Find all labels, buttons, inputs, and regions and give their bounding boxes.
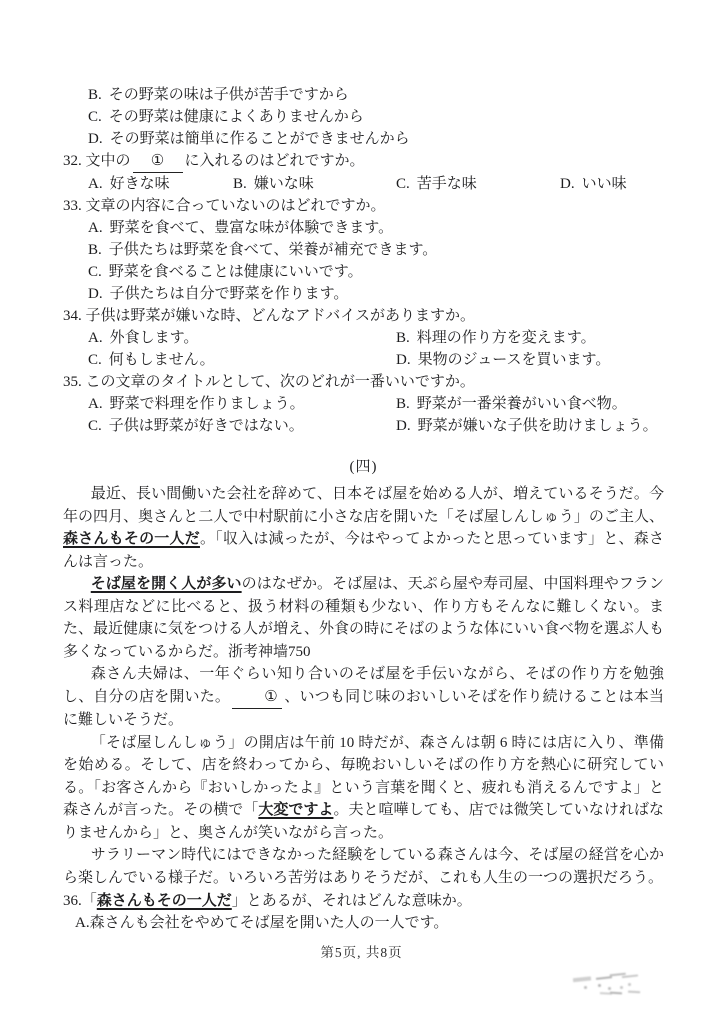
passage-paragraph-3: 森さん夫婦は、一年ぐらい知り合いのそば屋を手伝いながら、そばの作り方を勉強し、自… (63, 663, 664, 732)
option-c: C.子供は野菜が好きではない。 (88, 415, 396, 437)
option-label: D. (88, 128, 103, 150)
fill-in-blank: ① (133, 150, 183, 173)
option-label: B. (396, 393, 410, 415)
option-label: B. (88, 239, 102, 261)
option-text: 野菜で料理を作りましょう。 (110, 396, 305, 412)
question-32-options: A.好きな味 B.嫌いな味 C.苦手な味 D.いい味 (63, 173, 664, 195)
option-label: D. (396, 415, 411, 437)
stem-text: 36.「 (63, 893, 97, 909)
option-text: 野菜が嫌いな子供を助けましょう。 (418, 418, 658, 434)
option-text: 外食します。 (110, 330, 199, 346)
passage-text: サラリーマン時代にはできなかった経験をしている森さんは今、そば屋の経営を心から楽… (63, 847, 664, 886)
option-c: C.野菜を食べることは健康にいいです。 (63, 261, 664, 283)
option-label: A. (88, 327, 103, 349)
underlined-phrase: 森さんもその一人だ (63, 531, 200, 547)
option-label: A. (88, 393, 103, 415)
question-34-stem: 34. 子供は野菜が嫌いな時、どんなアドバイスがありますか。 (63, 305, 664, 327)
option-row: D.その野菜は簡単に作ることができませんから (63, 128, 664, 150)
option-label: B. (396, 327, 410, 349)
scan-smudge (560, 966, 655, 1002)
passage-paragraph-2: そば屋を開く人が多いのはなぜか。そば屋は、天ぷら屋や寿司屋、中国料理やフランス料… (63, 573, 664, 663)
option-label: A. (75, 912, 90, 934)
option-b: B.嫌いな味 (233, 173, 396, 195)
option-row: C.その野菜は健康によくありませんから (63, 106, 664, 128)
exam-page: B.その野菜の味は子供が苦手ですから C.その野菜は健康によくありませんから D… (0, 0, 723, 1024)
option-label: C. (88, 349, 102, 371)
option-a: A.外食します。 (88, 327, 396, 349)
reading-passage: 最近、長い間働いた会社を辞めて、日本そば屋を始める人が、増えているそうだ。今年の… (63, 483, 664, 889)
stem-text: 32. 文中の (63, 153, 131, 169)
fill-in-blank: ① (232, 686, 282, 710)
watermark-text: 浙考神墙750 (228, 644, 311, 660)
option-text: その野菜の味は子供が苦手ですから (109, 87, 349, 103)
option-text: 野菜を食べることは健康にいいです。 (109, 264, 363, 280)
option-label: C. (88, 106, 102, 128)
option-label: A. (88, 173, 103, 195)
question-34-options: A.外食します。 B.料理の作り方を変えます。 C.何もしません。 D.果物のジ… (63, 327, 664, 371)
option-a: A.森さんも会社をやめてそば屋を開いた人の一人です。 (63, 912, 664, 934)
option-d: D.果物のジュースを買います。 (396, 349, 664, 371)
passage-text: 最近、長い間働いた会社を辞めて、日本そば屋を始める人が、増えているそうだ。今年の… (63, 486, 664, 525)
question-36: 36.「森さんもその一人だ」とあるが、それはどんな意味か。 A.森さんも会社をや… (63, 890, 664, 934)
page-number-footer: 第5页, 共8页 (0, 941, 723, 961)
option-label: B. (233, 173, 247, 195)
option-text: 野菜が一番栄養がいい食べ物。 (417, 396, 627, 412)
option-b: B.料理の作り方を変えます。 (396, 327, 664, 349)
option-b: B.子供たちは野菜を食べて、栄養が補充できます。 (63, 239, 664, 261)
option-row: B.その野菜の味は子供が苦手ですから (63, 84, 664, 106)
option-a: A.野菜で料理を作りましょう。 (88, 393, 396, 415)
question-35-stem: 35. この文章のタイトルとして、次のどれが一番いいですか。 (63, 371, 664, 393)
option-a: A.野菜を食べて、豊富な味が体験できます。 (63, 217, 664, 239)
option-text: 森さんも会社をやめてそば屋を開いた人の一人です。 (90, 915, 449, 931)
option-d: D.野菜が嫌いな子供を助けましょう。 (396, 415, 664, 437)
option-text: その野菜は簡単に作ることができませんから (110, 131, 410, 147)
passage-paragraph-1: 最近、長い間働いた会社を辞めて、日本そば屋を始める人が、増えているそうだ。今年の… (63, 483, 664, 573)
option-text: 好きな味 (110, 176, 170, 192)
option-label: D. (396, 349, 411, 371)
option-text: 嫌いな味 (254, 176, 314, 192)
option-d: D.子供たちは自分で野菜を作ります。 (63, 283, 664, 305)
option-label: D. (88, 283, 103, 305)
option-text: いい味 (582, 176, 627, 192)
option-a: A.好きな味 (88, 173, 233, 195)
exam-content: B.その野菜の味は子供が苦手ですから C.その野菜は健康によくありませんから D… (63, 84, 664, 934)
option-label: C. (88, 415, 102, 437)
carryover-options: B.その野菜の味は子供が苦手ですから C.その野菜は健康によくありませんから D… (63, 84, 664, 150)
option-c: C.苦手な味 (396, 173, 560, 195)
passage-paragraph-5: サラリーマン時代にはできなかった経験をしている森さんは今、そば屋の経営を心から楽… (63, 844, 664, 889)
underlined-phrase: 大変ですよ (258, 802, 333, 818)
question-35-options: A.野菜で料理を作りましょう。 B.野菜が一番栄養がいい食べ物。 C.子供は野菜… (63, 393, 664, 437)
option-text: その野菜は健康によくありませんから (109, 109, 364, 125)
passage-paragraph-4: 「そば屋しんしゅう」の開店は午前 10 時だが、森さんは朝 6 時には店に入り、… (63, 732, 664, 845)
option-label: A. (88, 217, 103, 239)
option-text: 料理の作り方を変えます。 (417, 330, 596, 346)
option-label: C. (396, 173, 410, 195)
option-d: D.いい味 (560, 173, 627, 195)
option-text: 子供たちは野菜を食べて、栄養が補充できます。 (109, 242, 438, 258)
option-label: B. (88, 84, 102, 106)
option-b: B.野菜が一番栄養がいい食べ物。 (396, 393, 664, 415)
stem-text: 」とあるが、それはどんな意味か。 (232, 893, 472, 909)
option-text: 子供は野菜が好きではない。 (109, 418, 304, 434)
underlined-phrase: 森さんもその一人だ (97, 893, 232, 909)
option-text: 苦手な味 (417, 176, 477, 192)
option-label: D. (560, 173, 575, 195)
option-text: 野菜を食べて、豊富な味が体験できます。 (110, 220, 394, 236)
question-33-stem: 33. 文章の内容に合っていないのはどれですか。 (63, 195, 664, 217)
stem-text: に入れるのはどれですか。 (185, 153, 365, 169)
underlined-phrase: そば屋を開く人が多い (91, 576, 242, 592)
option-c: C.何もしません。 (88, 349, 396, 371)
section-4-heading: (四) (63, 454, 664, 480)
question-32-stem: 32. 文中の①に入れるのはどれですか。 (63, 150, 664, 173)
option-text: 子供たちは自分で野菜を作ります。 (110, 286, 349, 302)
question-36-stem: 36.「森さんもその一人だ」とあるが、それはどんな意味か。 (63, 890, 664, 912)
option-text: 何もしません。 (109, 352, 215, 368)
option-label: C. (88, 261, 102, 283)
option-text: 果物のジュースを買います。 (418, 352, 611, 368)
